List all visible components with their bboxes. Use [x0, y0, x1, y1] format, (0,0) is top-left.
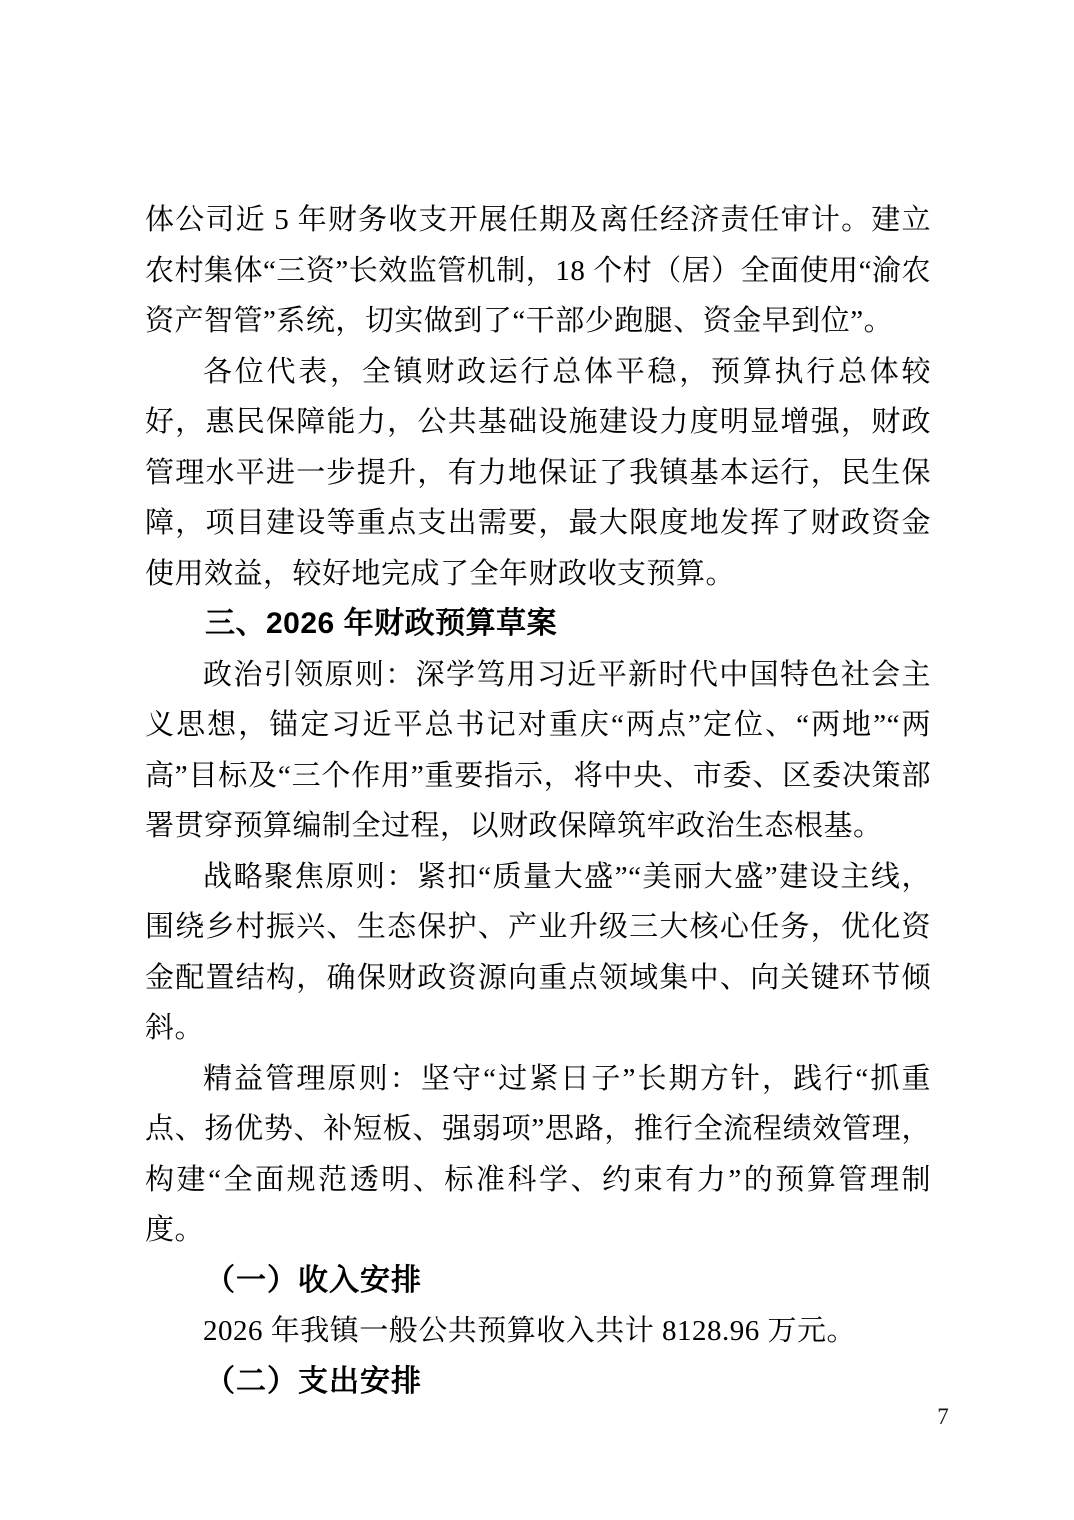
paragraph-income-total: 2026 年我镇一般公共预算收入共计 8128.96 万元。 — [145, 1306, 931, 1357]
paragraph-principle-strategic: 战略聚焦原则：紧扣“质量大盛”“美丽大盛”建设主线，围绕乡村振兴、生态保护、产业… — [145, 852, 931, 1054]
section-heading-2026-budget-draft: 三、2026 年财政预算草案 — [145, 599, 931, 650]
subheading-income-arrangement: （一）收入安排 — [145, 1256, 931, 1307]
paragraph-principle-political: 政治引领原则：深学笃用习近平新时代中国特色社会主义思想，锚定习近平总书记对重庆“… — [145, 650, 931, 852]
page-number: 7 — [928, 1402, 958, 1432]
page-content: 体公司近 5 年财务收支开展任期及离任经济责任审计。建立农村集体“三资”长效监管… — [145, 195, 931, 1407]
document-page: 体公司近 5 年财务收支开展任期及离任经济责任审计。建立农村集体“三资”长效监管… — [0, 0, 1074, 1520]
paragraph-audit-continuation: 体公司近 5 年财务收支开展任期及离任经济责任审计。建立农村集体“三资”长效监管… — [145, 195, 931, 347]
subheading-expenditure-arrangement: （二）支出安排 — [145, 1357, 931, 1408]
paragraph-principle-lean: 精益管理原则：坚守“过紧日子”长期方针，践行“抓重点、扬优势、补短板、强弱项”思… — [145, 1054, 931, 1256]
paragraph-overall-summary: 各位代表，全镇财政运行总体平稳，预算执行总体较好，惠民保障能力，公共基础设施建设… — [145, 347, 931, 600]
